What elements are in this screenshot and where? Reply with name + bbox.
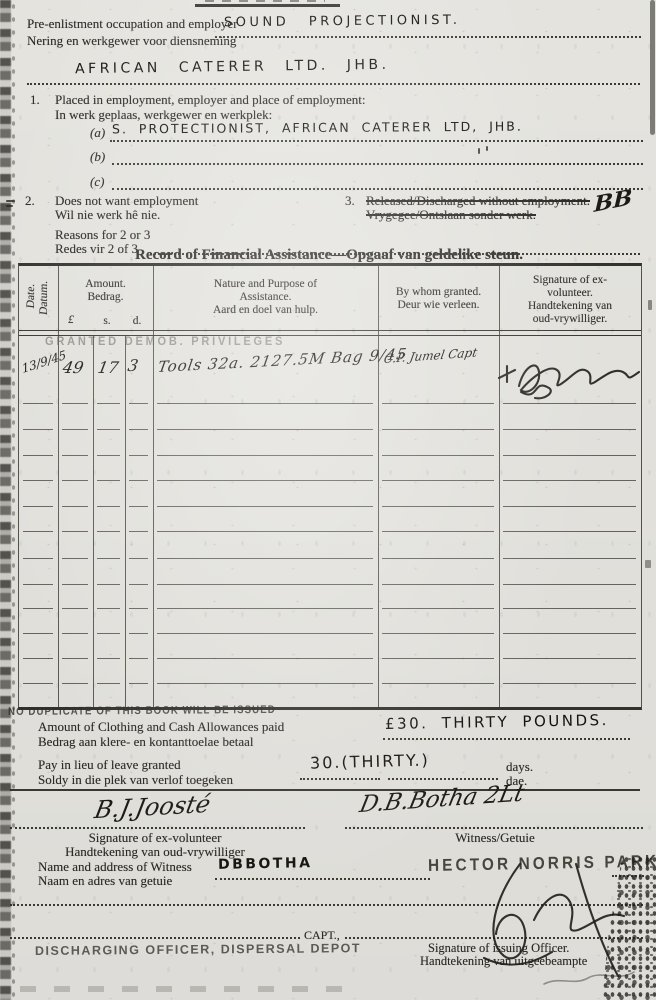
table-row-rule bbox=[23, 683, 53, 684]
table-row-rule bbox=[97, 558, 120, 559]
col-header-bywhom-l2: Deur wie verleen. bbox=[378, 299, 499, 312]
col-header-pounds: £ bbox=[65, 314, 77, 327]
col-header-amount: Amount. Bedrag. bbox=[58, 278, 153, 304]
table-row-rule bbox=[97, 658, 120, 659]
table-row-rule bbox=[129, 455, 148, 456]
clothing-label-af: Bedrag aan klere- en kontanttoelae betaa… bbox=[38, 735, 253, 749]
table-row-rule bbox=[157, 658, 373, 659]
item3-line2-struck: Vrygegee/Ontslaan sonder werk. bbox=[366, 208, 536, 222]
witness-signature: D.B.Botha 2Lt bbox=[357, 780, 526, 818]
table-row-rule bbox=[62, 633, 88, 634]
cut-off-rule bbox=[195, 4, 340, 7]
discharging-officer-stamp: DISCHARGING OFFICER, DISPERSAL DEPOT bbox=[35, 941, 361, 958]
item1-number: 1. bbox=[30, 93, 40, 107]
clothing-value-handwritten: £30. THIRTY POUNDS. bbox=[385, 711, 609, 733]
dotted-leader bbox=[110, 137, 643, 142]
witness-name-handwritten: DBBOTHA bbox=[218, 855, 313, 873]
table-row-rule bbox=[157, 455, 373, 456]
table-row-rule bbox=[382, 429, 494, 430]
table-row-rule bbox=[129, 506, 148, 507]
witness-name-label-en: Name and address of Witness bbox=[38, 860, 192, 874]
table-row-rule bbox=[97, 633, 120, 634]
table-row-rule bbox=[129, 584, 148, 585]
item2-number: 2. bbox=[25, 194, 35, 208]
table-row-rule bbox=[503, 584, 636, 585]
occupation-handwritten: SOUND PROJECTIONIST. bbox=[224, 13, 461, 30]
table-row-rule bbox=[157, 584, 373, 585]
table-row-rule bbox=[23, 608, 53, 609]
col-header-pence: d. bbox=[131, 315, 143, 328]
col-header-bywhom: By whom granted. Deur wie verleen. bbox=[378, 286, 499, 312]
table-row-rule bbox=[23, 558, 53, 559]
table-row-rule bbox=[157, 531, 373, 532]
table-row-rule bbox=[503, 633, 636, 634]
ex-volunteer-signature: B.J.Joosté bbox=[92, 790, 213, 824]
leave-label-af: Soldy in die plek van verlof toegeken bbox=[38, 773, 233, 787]
entry-shillings-handwritten: 17 bbox=[96, 358, 120, 377]
table-row-rule bbox=[503, 455, 636, 456]
scan-edge-right-sliver bbox=[650, 0, 655, 135]
table-row-rule bbox=[23, 480, 53, 481]
granted-demob-stamp: GRANTED DEMOB. PRIVILEGES bbox=[45, 334, 285, 348]
table-row-rule bbox=[129, 683, 148, 684]
witness-label: Witness/Getuie bbox=[420, 831, 570, 845]
table-row-rule bbox=[503, 506, 636, 507]
table-row-rule bbox=[97, 584, 120, 585]
capt-label: CAPT., bbox=[304, 928, 340, 942]
table-row-rule bbox=[62, 506, 88, 507]
item1-a-value-handwritten: S. PROTECTIONIST, AFRICAN CATERER LTD, J… bbox=[112, 119, 523, 137]
table-row-rule bbox=[62, 584, 88, 585]
dotted-leader bbox=[383, 735, 630, 740]
dotted-leader bbox=[27, 80, 640, 85]
pre-enlistment-label-en: Pre-enlistment occupation and employer bbox=[27, 17, 237, 31]
table-row-rule bbox=[23, 403, 53, 404]
table-row-rule bbox=[129, 608, 148, 609]
table-row-rule bbox=[382, 506, 494, 507]
item3-line1-struck: Released/Discharged without employment. bbox=[366, 194, 590, 208]
table-row-rule bbox=[382, 633, 494, 634]
table-row-rule bbox=[382, 403, 494, 404]
table-row-rule bbox=[382, 531, 494, 532]
col-header-date-en: Date. bbox=[25, 267, 38, 325]
table-row-rule bbox=[382, 480, 494, 481]
table-row-rule bbox=[62, 403, 88, 404]
entry-pounds-handwritten: 49 bbox=[61, 358, 85, 377]
table-row-rule bbox=[382, 584, 494, 585]
table-row-rule bbox=[129, 633, 148, 634]
table-row-rule bbox=[129, 403, 148, 404]
col-header-nature-l3: Aard en doel van hulp. bbox=[153, 304, 378, 317]
col-header-nature: Nature and Purpose of Assistance. Aard e… bbox=[153, 278, 378, 317]
ink-speck bbox=[486, 146, 488, 151]
section-divider-rule bbox=[10, 789, 640, 791]
table-row-rule bbox=[23, 633, 53, 634]
ink-speck bbox=[645, 560, 651, 568]
signature-line bbox=[10, 824, 305, 829]
table-row-rule bbox=[97, 506, 120, 507]
table-row-rule bbox=[503, 403, 636, 404]
table-title: Record of Financial Assistance—Opgaaf va… bbox=[18, 248, 640, 262]
table-row-rule bbox=[129, 480, 148, 481]
col-header-signature-l2: volunteer. bbox=[499, 287, 641, 300]
table-row-rule bbox=[62, 455, 88, 456]
item1-label-en: Placed in employment, employer and place… bbox=[55, 93, 365, 107]
dotted-leader bbox=[300, 775, 380, 780]
dotted-leader bbox=[112, 160, 643, 165]
scan-bottom-smudge bbox=[20, 986, 350, 992]
table-row-rule bbox=[503, 683, 636, 684]
table-row-rule bbox=[23, 429, 53, 430]
table-row-rule bbox=[129, 429, 148, 430]
ink-speck bbox=[478, 148, 480, 154]
col-header-signature-l3: Handtekening van bbox=[499, 300, 641, 313]
table-row-rule bbox=[62, 608, 88, 609]
col-header-signature-l4: oud-vrywilliger. bbox=[499, 313, 641, 326]
table-row-rule bbox=[157, 633, 373, 634]
no-duplicate-stamp: NO DUPLICATE OF THIS BOOK WILL BE ISSUED bbox=[8, 704, 276, 718]
table-row-rule bbox=[97, 455, 120, 456]
table-row-rule bbox=[157, 506, 373, 507]
col-header-signature: Signature of ex- volunteer. Handtekening… bbox=[499, 274, 641, 326]
cut-off-text-fragment bbox=[205, 0, 325, 2]
table-row-rule bbox=[23, 658, 53, 659]
table-row-rule bbox=[62, 480, 88, 481]
ink-speck bbox=[648, 300, 652, 310]
table-row-rule bbox=[382, 683, 494, 684]
financial-assistance-table: Date. Datum. Amount. Bedrag. £ s. d. Nat… bbox=[18, 263, 642, 710]
table-row-rule bbox=[62, 531, 88, 532]
ink-speck bbox=[6, 205, 13, 207]
table-row-rule bbox=[97, 608, 120, 609]
table-row-rule bbox=[382, 608, 494, 609]
dotted-leader bbox=[388, 775, 498, 780]
col-header-nature-l1: Nature and Purpose of bbox=[153, 278, 378, 291]
dotted-leader bbox=[215, 875, 430, 880]
col-header-date: Date. Datum. bbox=[25, 267, 51, 327]
col-header-nature-l2: Assistance. bbox=[153, 291, 378, 304]
col-header-amount-af: Bedrag. bbox=[58, 291, 153, 304]
ex-volunteer-label-en: Signature of ex-volunteer bbox=[60, 831, 250, 845]
employer-handwritten: AFRICAN CATERER LTD. JHB. bbox=[75, 57, 390, 77]
table-row-rule bbox=[382, 658, 494, 659]
table-row-rule bbox=[23, 506, 53, 507]
dotted-leader bbox=[112, 185, 643, 190]
pre-enlistment-label-af: Nering en werkgewer voor diensneming bbox=[27, 34, 236, 48]
table-row-rule bbox=[157, 683, 373, 684]
col-header-bywhom-l1: By whom granted. bbox=[378, 286, 499, 299]
item2-line1: Does not want employment bbox=[55, 194, 198, 208]
table-row-rule bbox=[382, 558, 494, 559]
signature-line bbox=[345, 824, 643, 829]
table-row-rule bbox=[503, 429, 636, 430]
table-row-rule bbox=[129, 531, 148, 532]
clothing-label-en: Amount of Clothing and Cash Allowances p… bbox=[38, 720, 284, 734]
table-row-rule bbox=[503, 658, 636, 659]
table-row-rule bbox=[23, 584, 53, 585]
leave-value-handwritten: 30.(THIRTY.) bbox=[310, 750, 430, 772]
table-row-rule bbox=[97, 429, 120, 430]
days-label-en: days. bbox=[506, 760, 533, 774]
table-row-rule bbox=[129, 658, 148, 659]
table-row-rule bbox=[382, 455, 494, 456]
col-header-signature-l1: Signature of ex- bbox=[499, 274, 641, 287]
dotted-leader bbox=[215, 33, 641, 38]
table-row-rule bbox=[97, 480, 120, 481]
table-row-rule bbox=[97, 403, 120, 404]
table-row-rule bbox=[157, 558, 373, 559]
item3-number: 3. bbox=[345, 194, 355, 208]
item1-a-key: (a) bbox=[90, 126, 105, 140]
table-row-rule bbox=[157, 480, 373, 481]
col-header-amount-en: Amount. bbox=[58, 278, 153, 291]
dotted-leader bbox=[10, 934, 300, 939]
leave-label-en: Pay in lieu of leave granted bbox=[38, 758, 181, 772]
table-row-rule bbox=[23, 455, 53, 456]
item2-line2: Wil nie werk hê nie. bbox=[55, 208, 160, 222]
entry-signature-scrawl bbox=[495, 344, 645, 402]
item1-c-key: (c) bbox=[90, 175, 104, 189]
ink-speck bbox=[6, 200, 15, 202]
table-subcolumn-divider bbox=[125, 335, 126, 707]
table-row-rule bbox=[129, 558, 148, 559]
table-row-rule bbox=[62, 558, 88, 559]
table-row-rule bbox=[62, 429, 88, 430]
table-row-rule bbox=[23, 531, 53, 532]
col-header-shillings: s. bbox=[101, 315, 113, 328]
table-row-rule bbox=[503, 558, 636, 559]
table-row-rule bbox=[157, 429, 373, 430]
table-row-rule bbox=[503, 480, 636, 481]
witness-name-label-af: Naam en adres van getuie bbox=[38, 874, 172, 888]
table-row-rule bbox=[97, 531, 120, 532]
scan-edge-left bbox=[0, 0, 11, 1000]
table-subcolumn-divider bbox=[93, 335, 94, 707]
item2-line3: Reasons for 2 or 3 bbox=[55, 228, 150, 242]
item1-b-key: (b) bbox=[90, 150, 105, 164]
table-row-rule bbox=[62, 658, 88, 659]
table-row-rule bbox=[157, 403, 373, 404]
table-row-rule bbox=[503, 608, 636, 609]
table-row-rule bbox=[157, 608, 373, 609]
discharge-form-page: Pre-enlistment occupation and employer S… bbox=[0, 0, 656, 1000]
table-row-rule bbox=[503, 531, 636, 532]
table-row-rule bbox=[97, 683, 120, 684]
col-header-date-af: Datum. bbox=[38, 269, 51, 327]
table-row-rule bbox=[62, 683, 88, 684]
